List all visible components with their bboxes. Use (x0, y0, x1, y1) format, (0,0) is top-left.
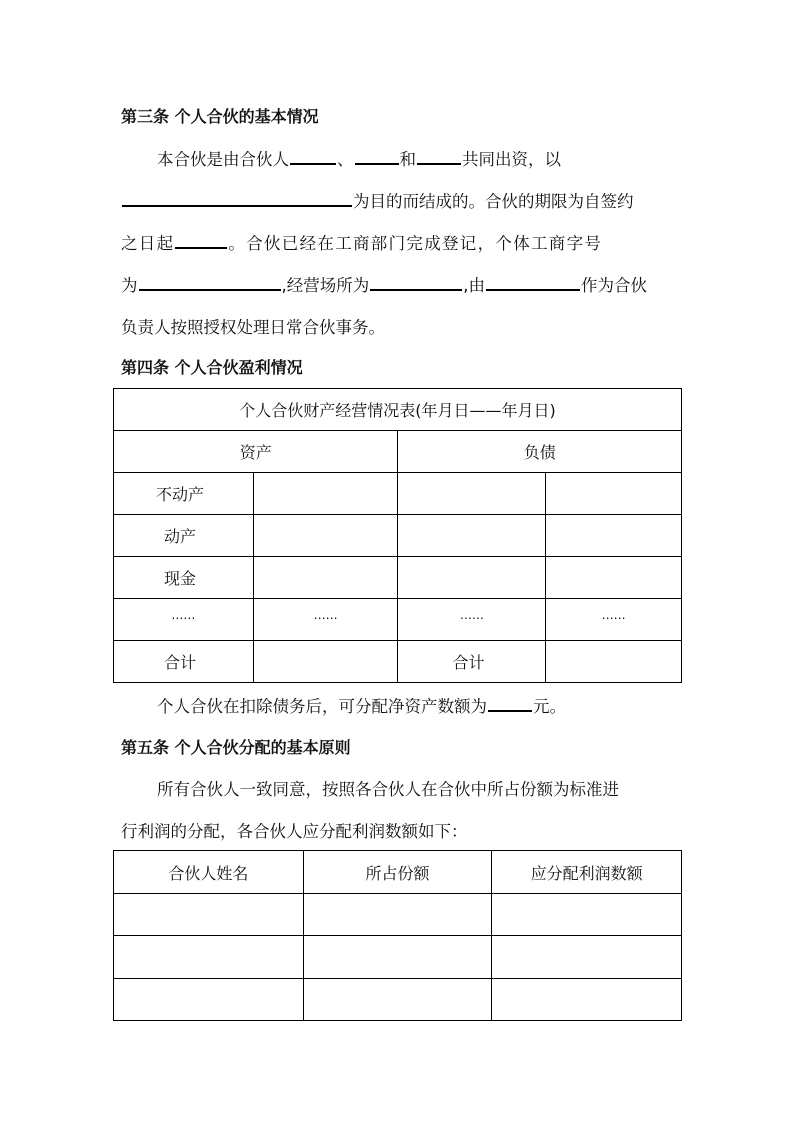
table-row (114, 979, 682, 1021)
row-label: 现金 (114, 557, 254, 599)
text: ,由 (463, 276, 485, 295)
net-assets-blank[interactable] (488, 694, 532, 712)
total-label: 合计 (398, 641, 546, 683)
table-row: …… …… …… …… (114, 599, 682, 641)
table-cell[interactable] (253, 641, 398, 683)
section3-line1: 本合伙是由合伙人、和共同出资，以 (157, 146, 561, 170)
table-row (114, 894, 682, 936)
table-row: 现金 (114, 557, 682, 599)
header-partner-name: 合伙人姓名 (114, 851, 304, 894)
header-share: 所占份额 (303, 851, 492, 894)
text: 元。 (533, 697, 566, 716)
text: 。合伙已经在工商部门完成登记，个体工商字号 (228, 234, 602, 253)
section3-heading: 第三条 个人合伙的基本情况 (121, 104, 319, 127)
text: …… (460, 608, 484, 622)
table-cell[interactable] (253, 515, 398, 557)
table-cell[interactable] (114, 894, 304, 936)
table-cell[interactable] (303, 979, 492, 1021)
text: 、 (337, 150, 354, 169)
table-cell[interactable] (546, 557, 682, 599)
text: 之日起 (121, 234, 174, 253)
partner1-blank[interactable] (290, 147, 336, 165)
section5-line1: 所有合伙人一致同意，按照各合伙人在合伙中所占份额为标准进 (157, 776, 619, 800)
text: 和 (400, 150, 417, 169)
text: 个人合伙在扣除债务后，可分配净资产数额为 (157, 697, 487, 716)
table-cell[interactable] (398, 557, 546, 599)
table-cell[interactable] (546, 641, 682, 683)
assets-liabilities-table: 个人合伙财产经营情况表(年月日——年月日) 资产 负债 不动产 动产 现金 ……… (113, 388, 682, 683)
total-label: 合计 (114, 641, 254, 683)
table-cell[interactable] (492, 894, 682, 936)
table-cell[interactable] (114, 979, 304, 1021)
section5-line2: 行利润的分配，各合伙人应分配利润数额如下： (121, 818, 468, 842)
table-row: 不动产 (114, 473, 682, 515)
row-label: 动产 (114, 515, 254, 557)
text: …… (602, 608, 626, 622)
row-label: 不动产 (114, 473, 254, 515)
profit-distribution-table: 合伙人姓名 所占份额 应分配利润数额 (113, 850, 682, 1021)
text: 本合伙是由合伙人 (157, 150, 289, 169)
ellipsis-cell: …… (546, 599, 682, 641)
net-assets-line: 个人合伙在扣除债务后，可分配净资产数额为元。 (157, 693, 566, 717)
table-cell[interactable] (303, 894, 492, 936)
ellipsis-cell: …… (253, 599, 398, 641)
liabilities-header: 负债 (398, 431, 682, 473)
partner3-blank[interactable] (417, 147, 461, 165)
purpose-blank[interactable] (122, 189, 352, 207)
table-cell[interactable] (492, 936, 682, 979)
table-cell[interactable] (253, 557, 398, 599)
text: 为目的而结成的。合伙的期限为自签约 (353, 192, 634, 211)
table-cell[interactable] (546, 473, 682, 515)
partner2-blank[interactable] (355, 147, 399, 165)
table-cell[interactable] (114, 936, 304, 979)
table-cell[interactable] (546, 515, 682, 557)
section4-heading: 第四条 个人合伙盈利情况 (121, 355, 303, 378)
table-row (114, 936, 682, 979)
business-name-blank[interactable] (139, 273, 281, 291)
text: 共同出资，以 (462, 150, 561, 169)
business-place-blank[interactable] (370, 273, 462, 291)
header-profit-amount: 应分配利润数额 (492, 851, 682, 894)
section3-line5: 负责人按照授权处理日常合伙事务。 (121, 314, 385, 338)
table-row: 合计 合计 (114, 641, 682, 683)
table-cell[interactable] (398, 515, 546, 557)
ellipsis-cell: …… (398, 599, 546, 641)
responsible-person-blank[interactable] (486, 273, 580, 291)
table-cell[interactable] (492, 979, 682, 1021)
text: 作为合伙 (581, 276, 647, 295)
ellipsis-cell: …… (114, 599, 254, 641)
table-cell[interactable] (303, 936, 492, 979)
text: …… (171, 608, 195, 622)
term-start-blank[interactable] (175, 231, 227, 249)
section3-line4: 为,经营场所为,由作为合伙 (121, 272, 647, 296)
text: ,经营场所为 (282, 276, 370, 295)
section3-line2: 为目的而结成的。合伙的期限为自签约 (121, 188, 634, 212)
assets-header: 资产 (114, 431, 398, 473)
table-cell[interactable] (398, 473, 546, 515)
section3-line3: 之日起。合伙已经在工商部门完成登记，个体工商字号 (121, 230, 602, 254)
table-cell[interactable] (253, 473, 398, 515)
section5-heading: 第五条 个人合伙分配的基本原则 (121, 735, 351, 758)
text: 为 (121, 276, 138, 295)
text: …… (314, 608, 338, 622)
table-row: 动产 (114, 515, 682, 557)
table-title: 个人合伙财产经营情况表(年月日——年月日) (114, 389, 682, 431)
